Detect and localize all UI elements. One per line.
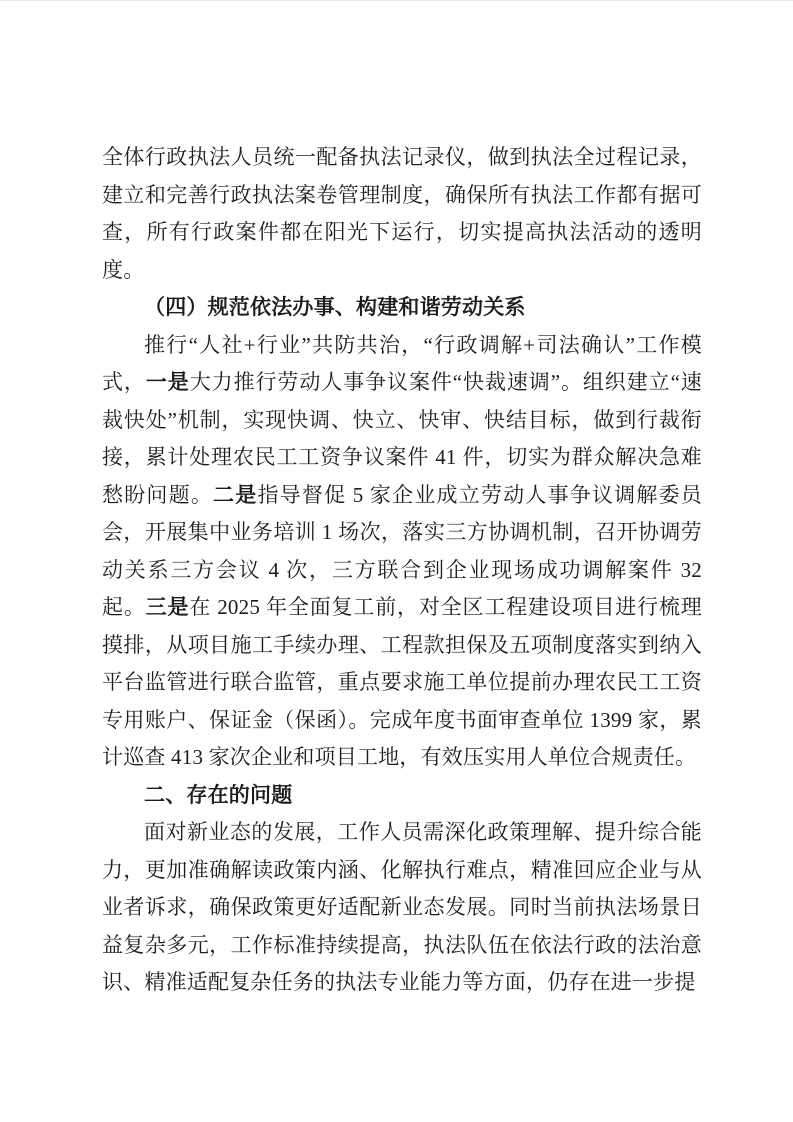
text-run: （四）规范依法办事、构建和谐劳动关系 bbox=[144, 295, 526, 319]
heading-section-four: （四）规范依法办事、构建和谐劳动关系 bbox=[102, 289, 702, 327]
text-run: 一是 bbox=[146, 371, 190, 394]
document-page: 全体行政执法人员统一配备执法记录仪，做到执法全过程记录，建立和完善行政执法案卷管… bbox=[0, 0, 793, 1122]
paragraph-problems: 面对新业态的发展，工作人员需深化政策理解、提升综合能力，更加准确解读政策内涵、化… bbox=[102, 814, 702, 1002]
paragraph-labor-relations: 推行“人社+行业”共防共治，“行政调解+司法确认”工作模式，一是大力推行劳动人事… bbox=[102, 327, 702, 777]
text-run: 全体行政执法人员统一配备执法记录仪，做到执法全过程记录，建立和完善行政执法案卷管… bbox=[102, 145, 702, 282]
text-run: 在 2025 年全面复工前，对全区工程建设项目进行梳理摸排，从项目施工手续办理、… bbox=[102, 595, 702, 769]
text-run: 三是 bbox=[146, 596, 190, 619]
heading-section-two-problems: 二、存在的问题 bbox=[102, 777, 702, 815]
text-run: 二是 bbox=[213, 484, 257, 507]
text-run: 二、存在的问题 bbox=[144, 784, 292, 807]
text-run: 面对新业态的发展，工作人员需深化政策理解、提升综合能力，更加准确解读政策内涵、化… bbox=[102, 820, 702, 994]
paragraph-enforcement-records: 全体行政执法人员统一配备执法记录仪，做到执法全过程记录，建立和完善行政执法案卷管… bbox=[102, 139, 702, 289]
document-content: 全体行政执法人员统一配备执法记录仪，做到执法全过程记录，建立和完善行政执法案卷管… bbox=[102, 139, 702, 1002]
